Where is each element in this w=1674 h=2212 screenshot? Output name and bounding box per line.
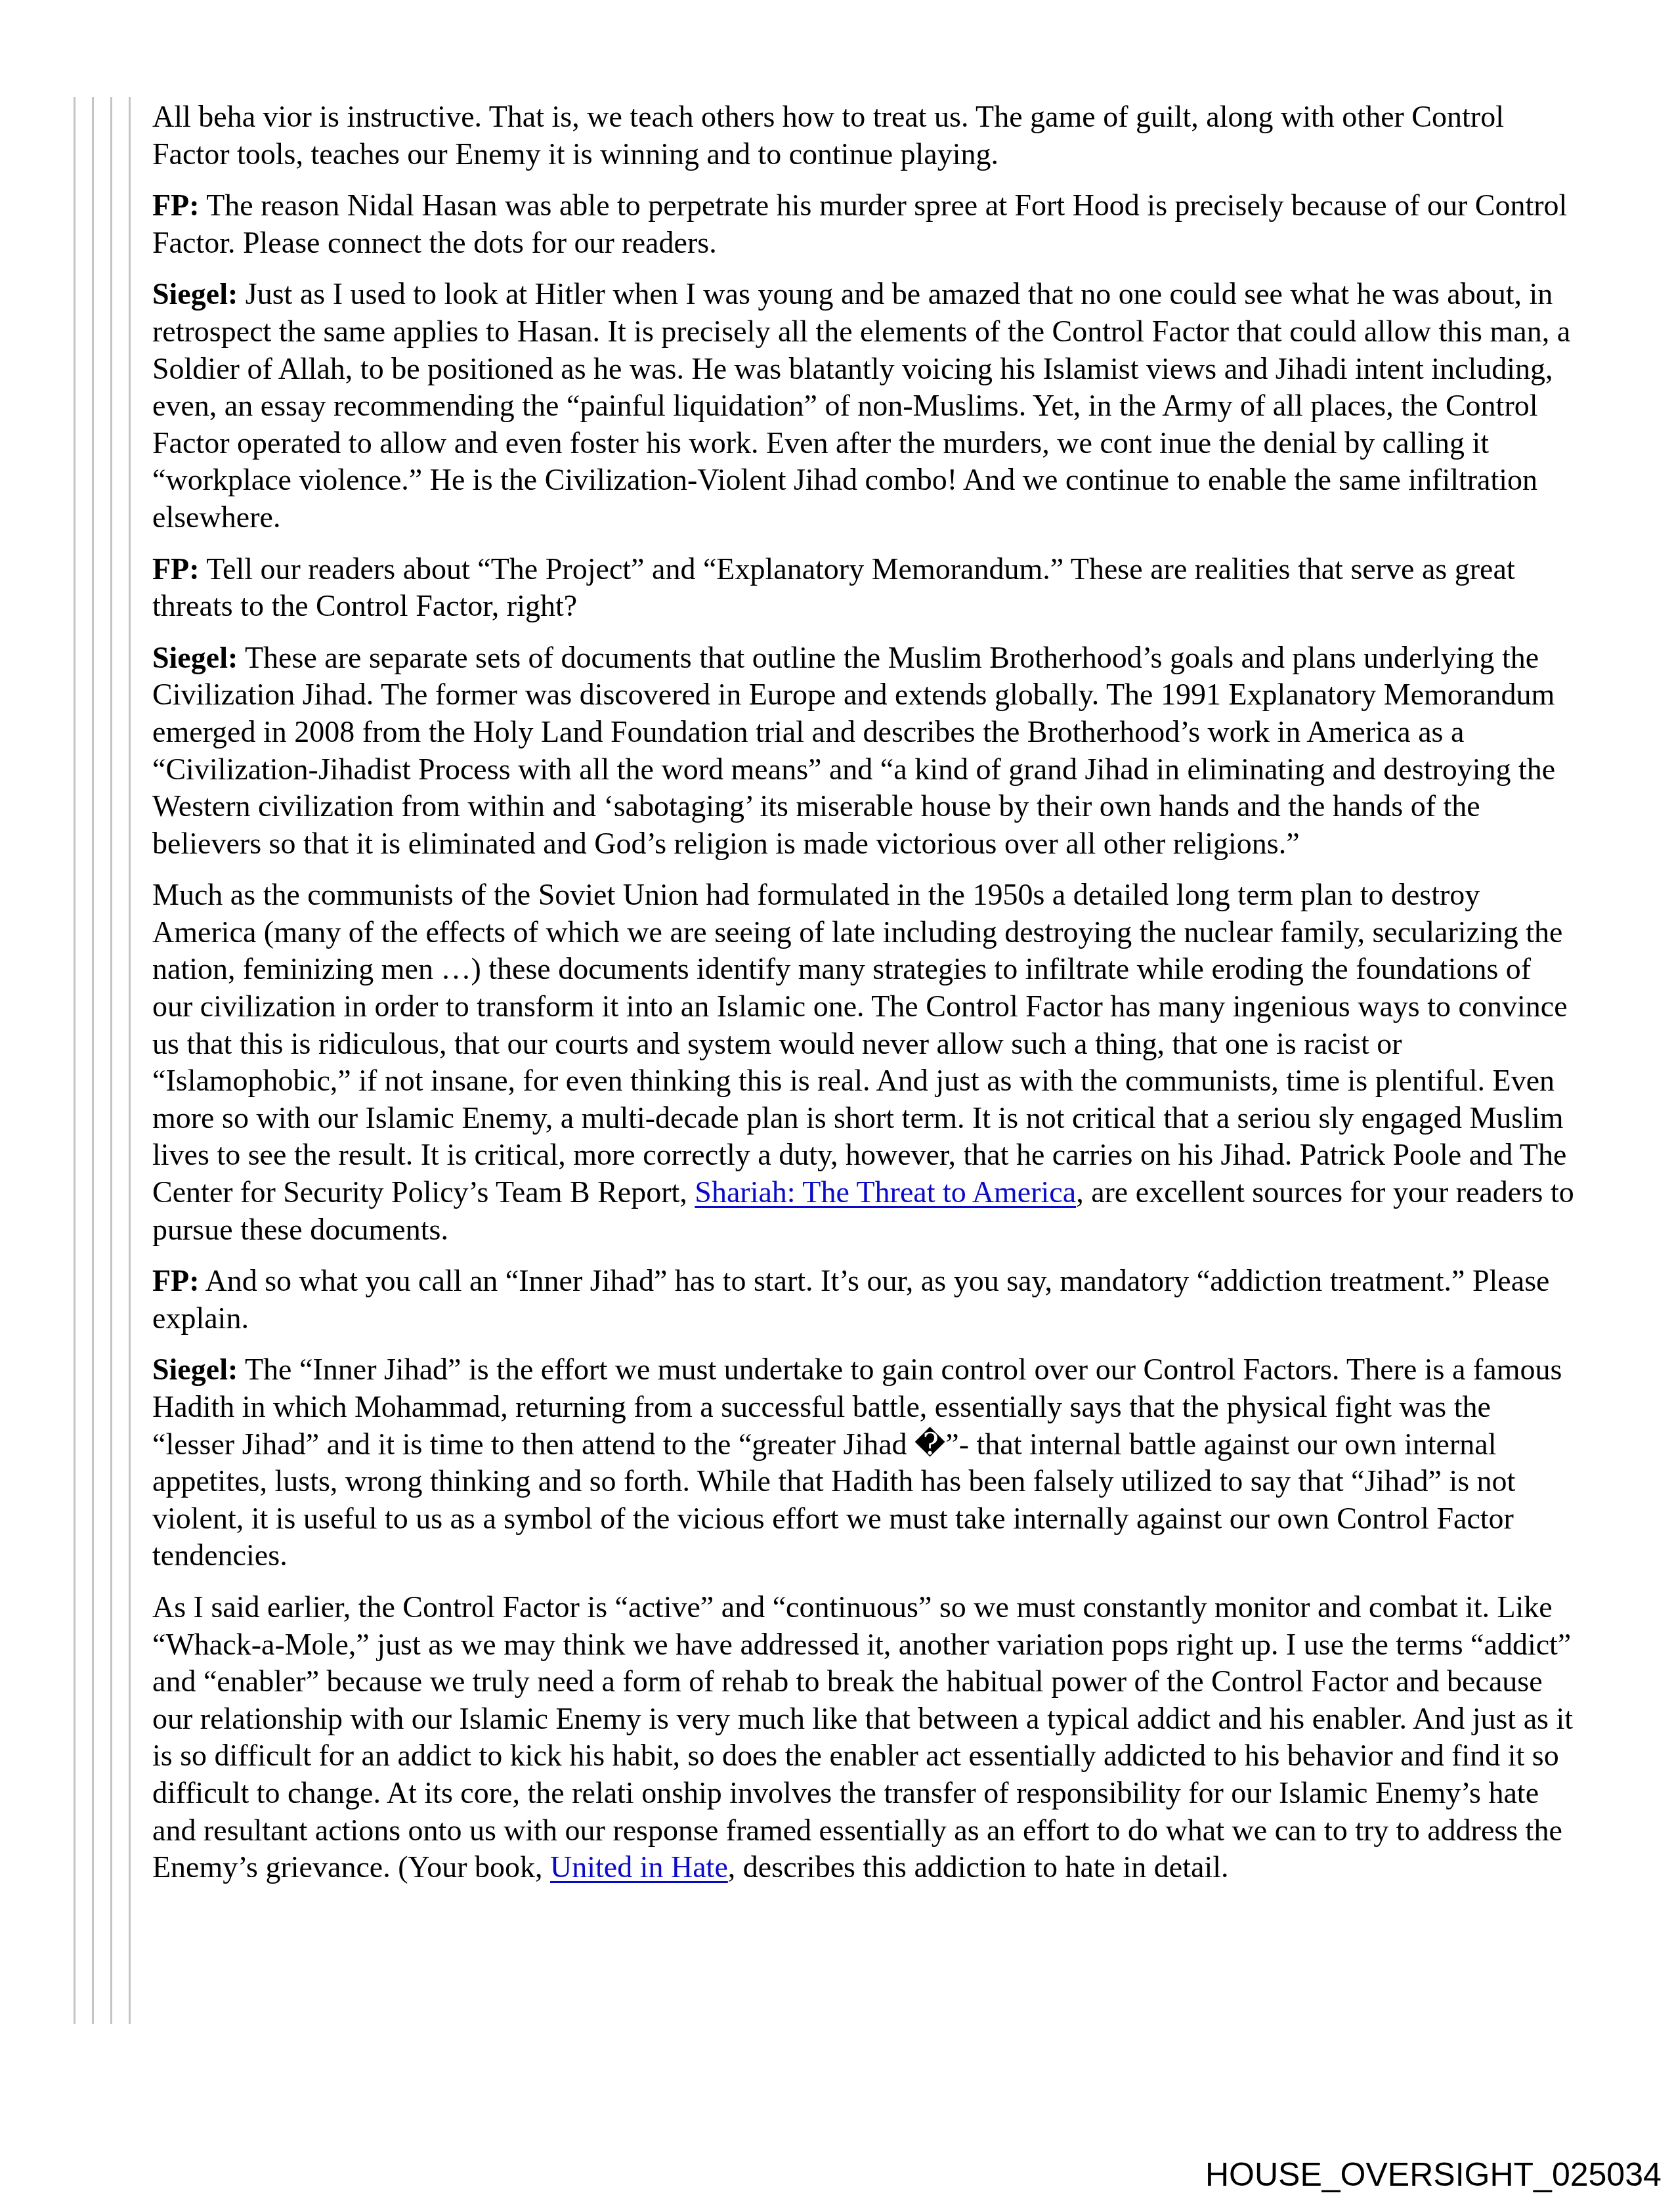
paragraph-text: Tell our readers about “The Project” and… bbox=[152, 552, 1515, 623]
speaker-label: Siegel: bbox=[152, 641, 238, 674]
bates-number: HOUSE_OVERSIGHT_025034 bbox=[1205, 2156, 1662, 2194]
paragraph-text: These are separate sets of documents tha… bbox=[152, 641, 1555, 860]
margin-bar-3 bbox=[110, 97, 112, 2024]
paragraph-fp-inner-jihad: FP: And so what you call an “Inner Jihad… bbox=[152, 1263, 1577, 1337]
paragraph-text: , describes this addiction to hate in de… bbox=[728, 1850, 1229, 1884]
margin-bar-1 bbox=[74, 97, 75, 2024]
paragraph-text: As I said earlier, the Control Factor is… bbox=[152, 1590, 1573, 1884]
paragraph-communists: Much as the communists of the Soviet Uni… bbox=[152, 877, 1577, 1248]
shariah-report-link[interactable]: Shariah: The Threat to America bbox=[695, 1175, 1076, 1209]
speaker-label: Siegel: bbox=[152, 277, 238, 311]
paragraph-siegel-hasan: Siegel: Just as I used to look at Hitler… bbox=[152, 276, 1577, 536]
paragraph-text: And so what you call an “Inner Jihad” ha… bbox=[152, 1264, 1549, 1335]
paragraph-siegel-inner-jihad: Siegel: The “Inner Jihad” is the effort … bbox=[152, 1351, 1577, 1574]
speaker-label: FP: bbox=[152, 552, 200, 586]
paragraph-behavior: All beha vior is instructive. That is, w… bbox=[152, 98, 1577, 173]
document-body: All beha vior is instructive. That is, w… bbox=[152, 98, 1577, 1901]
paragraph-text: All beha vior is instructive. That is, w… bbox=[152, 100, 1504, 171]
paragraph-addiction: As I said earlier, the Control Factor is… bbox=[152, 1589, 1577, 1886]
paragraph-text: Just as I used to look at Hitler when I … bbox=[152, 277, 1570, 534]
paragraph-text: The reason Nidal Hasan was able to perpe… bbox=[152, 188, 1567, 259]
paragraph-text: The “Inner Jihad” is the effort we must … bbox=[152, 1353, 1562, 1572]
speaker-label: FP: bbox=[152, 188, 200, 222]
paragraph-fp-project: FP: Tell our readers about “The Project”… bbox=[152, 551, 1577, 625]
united-in-hate-link[interactable]: United in Hate bbox=[550, 1850, 728, 1884]
margin-bar-4 bbox=[129, 97, 131, 2024]
paragraph-siegel-documents: Siegel: These are separate sets of docum… bbox=[152, 640, 1577, 863]
speaker-label: FP: bbox=[152, 1264, 200, 1297]
paragraph-text: Much as the communists of the Soviet Uni… bbox=[152, 878, 1568, 1209]
speaker-label: Siegel: bbox=[152, 1353, 238, 1386]
margin-bar-2 bbox=[92, 97, 94, 2024]
paragraph-fp-hasan: FP: The reason Nidal Hasan was able to p… bbox=[152, 187, 1577, 261]
